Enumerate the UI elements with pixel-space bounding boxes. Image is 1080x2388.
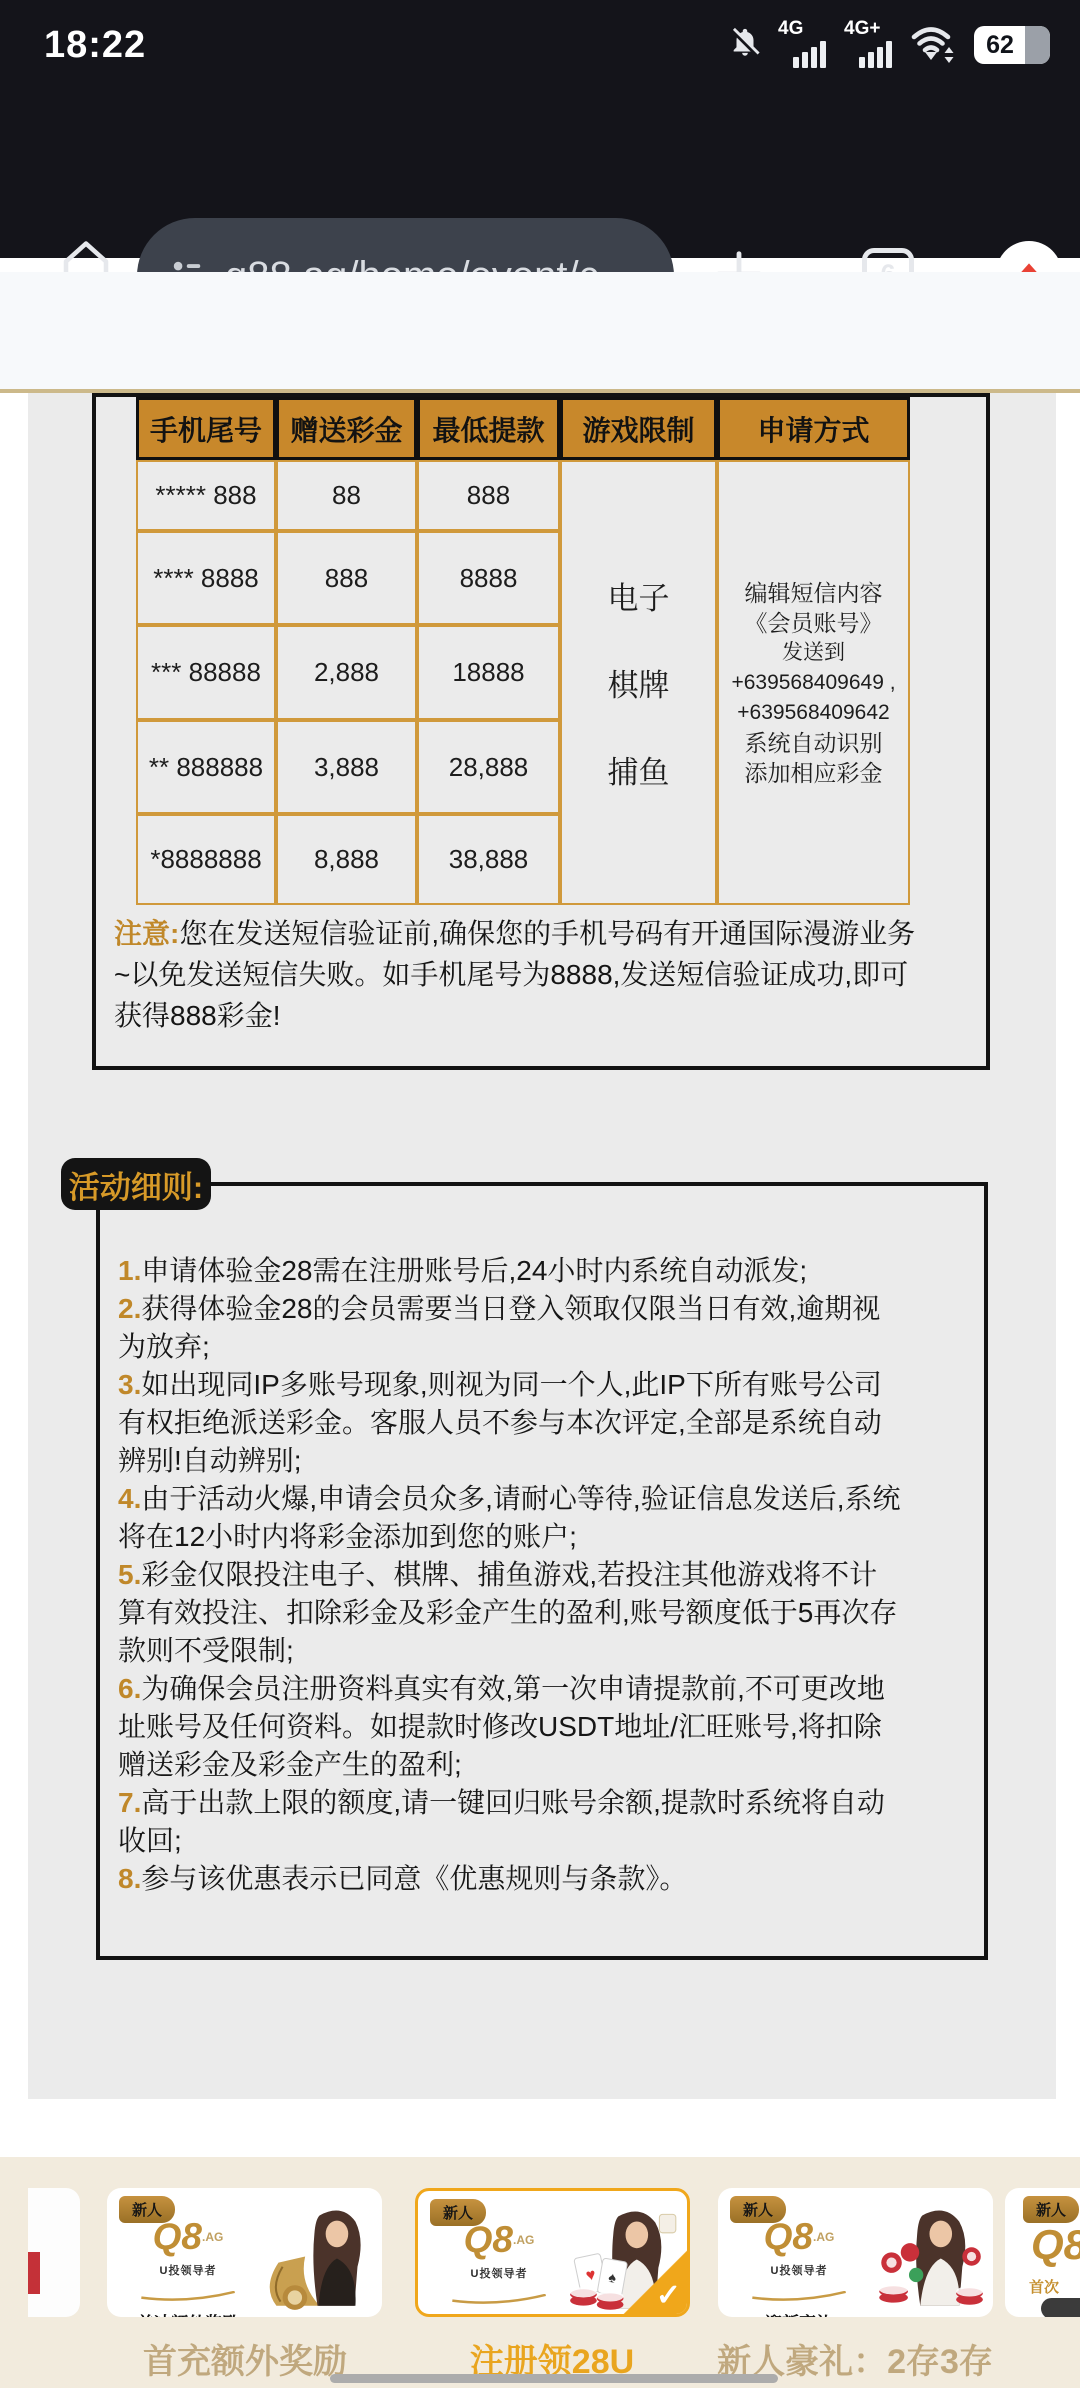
network-4gplus-icon: 4G+ xyxy=(844,20,894,70)
column-header: 最低提款 xyxy=(417,397,560,460)
battery-percent: 62 xyxy=(974,26,1026,64)
column-header: 游戏限制 xyxy=(560,397,717,460)
sms-phone-number: +639568409642 xyxy=(737,698,889,728)
promo-card-partial-left[interactable] xyxy=(28,2188,80,2317)
status-bar: 18:22 4G 4G+ 62 xyxy=(0,0,1080,90)
rule-item: 2.获得体验金28的会员需要当日登入领取仅限当日有效,逾期视为放弃; xyxy=(118,1290,904,1366)
wifi-icon xyxy=(910,21,958,70)
table-cell: 18888 xyxy=(417,625,560,720)
check-icon: ✓ xyxy=(656,2278,681,2313)
rules-box: 1.申请体验金28需在注册账号后,24小时内系统自动派发; 2.获得体验金28的… xyxy=(96,1182,988,1960)
table-cell: 3,888 xyxy=(276,720,417,814)
table-cell: 28,888 xyxy=(417,720,560,814)
gold-swoosh xyxy=(739,2291,859,2301)
rules-list: 1.申请体验金28需在注册账号后,24小时内系统自动派发; 2.获得体验金28的… xyxy=(118,1252,904,1898)
q8-logo: Q8.AGU投领导者 xyxy=(115,2220,261,2288)
card-title: 首冲额外奖励 xyxy=(115,2309,261,2317)
sms-notice: 注意:您在发送短信验证前,确保您的手机号码有开通国际漫游业务~以免发送短信失败。… xyxy=(114,913,926,1036)
bonus-table-box: 手机尾号 赠送彩金 最低提款 游戏限制 申请方式 ***** 888 88 88… xyxy=(92,393,990,1070)
promo-carousel: 新人 Q8.AGU投领导者 首冲额外奖励 充值越多奖励越多 点击查看 新人 Q8 xyxy=(0,2157,1080,2388)
q8-logo: Q8.AGU投领导者 xyxy=(426,2223,572,2291)
network-4g-icon: 4G xyxy=(778,20,828,70)
rule-item: 6.为确保会员注册资料真实有效,第一次申请提款前,不可更改地址账号及任何资料。如… xyxy=(118,1670,904,1784)
promo-card-deposit-gift[interactable]: 新人 Q8.AGU投领导者 迎新豪礼 二存三存即送$6666 点击查看 xyxy=(718,2188,993,2317)
rule-item: 3.如出现同IP多账号现象,则视为同一个人,此IP下所有账号公司有权拒绝派送彩金… xyxy=(118,1366,904,1480)
table-cell: 38,888 xyxy=(417,814,560,905)
table-cell: 888 xyxy=(276,531,417,625)
table-cell: ** 888888 xyxy=(136,720,276,814)
column-header: 手机尾号 xyxy=(136,397,276,460)
table-cell: 2,888 xyxy=(276,625,417,720)
promo-model-image xyxy=(260,2202,378,2312)
gold-swoosh xyxy=(128,2291,248,2301)
column-header: 赠送彩金 xyxy=(276,397,417,460)
table-cell: 88 xyxy=(276,460,417,531)
card-title: 迎新豪礼 xyxy=(726,2309,872,2317)
table-cell: 8,888 xyxy=(276,814,417,905)
rule-item: 1.申请体验金28需在注册账号后,24小时内系统自动派发; xyxy=(118,1252,904,1290)
table-cell: *8888888 xyxy=(136,814,276,905)
notifications-off-icon xyxy=(728,26,762,65)
table-cell: 888 xyxy=(417,460,560,531)
table-cell: ***** 888 xyxy=(136,460,276,531)
table-cell: *** 88888 xyxy=(136,625,276,720)
notice-label: 注意: xyxy=(114,918,179,949)
card-title: 迎新豪礼 xyxy=(426,2312,572,2317)
gold-swoosh xyxy=(439,2294,559,2304)
card-subtitle: 首次 xyxy=(1029,2276,1059,2297)
q8-logo: Q8.AGU投领导者 xyxy=(726,2220,872,2288)
browser-toolbar: q88.ag/home/event/c 6 xyxy=(0,90,1080,258)
screen: 18:22 4G 4G+ 62 xyxy=(0,0,1080,2388)
page-header: 注册领28U xyxy=(0,272,1080,389)
carousel-scrollbar[interactable] xyxy=(330,2374,778,2383)
view-details-button[interactable] xyxy=(1041,2298,1080,2317)
promo-card-first-deposit[interactable]: 新人 Q8.AGU投领导者 首冲额外奖励 充值越多奖励越多 点击查看 xyxy=(107,2188,382,2317)
rule-item: 4.由于活动火爆,申请会员众多,请耐心等待,验证信息发送后,系统将在12小时内将… xyxy=(118,1480,904,1556)
rule-item: 5.彩金仅限投注电子、棋牌、捕鱼游戏,若投注其他游戏将不计算有效投注、扣除彩金及… xyxy=(118,1556,904,1670)
rule-item: 8.参与该优惠表示已同意《优惠规则与条款》。 xyxy=(118,1860,904,1898)
table-cell: **** 8888 xyxy=(136,531,276,625)
selected-check-corner: ✓ xyxy=(622,2249,688,2315)
q8-logo: Q8 xyxy=(1031,2228,1080,2262)
sms-phone-number: +639568409649 , xyxy=(731,668,895,698)
column-header: 申请方式 xyxy=(717,397,910,460)
apply-method-cell: 编辑短信内容 《会员账号》 发送到 +639568409649 , +63956… xyxy=(717,460,910,905)
table-cell: 8888 xyxy=(417,531,560,625)
bonus-table: 手机尾号 赠送彩金 最低提款 游戏限制 申请方式 ***** 888 88 88… xyxy=(136,397,910,905)
rules-badge: 活动细则: xyxy=(61,1158,211,1210)
promo-card-partial-right[interactable]: 新人 Q8 首次 xyxy=(1005,2188,1080,2317)
clock: 18:22 xyxy=(44,24,146,67)
rule-item: 7.高于出款上限的额度,请一键回归账号余额,提款时系统将自动收回; xyxy=(118,1784,904,1860)
promo-model-image xyxy=(871,2202,989,2312)
carousel-label[interactable]: 首充额外奖励 xyxy=(143,2334,347,2383)
new-member-badge: 新人 xyxy=(1023,2196,1079,2223)
game-limit-cell: 电子 棋牌 捕鱼 xyxy=(560,460,717,905)
status-icons: 4G 4G+ 62 xyxy=(728,20,1050,70)
battery-icon: 62 xyxy=(974,26,1050,64)
promo-card-register-28u[interactable]: 新人 Q8.AGU投领导者 迎新豪礼 注册即送$28+$888 点击查看 ♥ ♠… xyxy=(415,2188,690,2317)
